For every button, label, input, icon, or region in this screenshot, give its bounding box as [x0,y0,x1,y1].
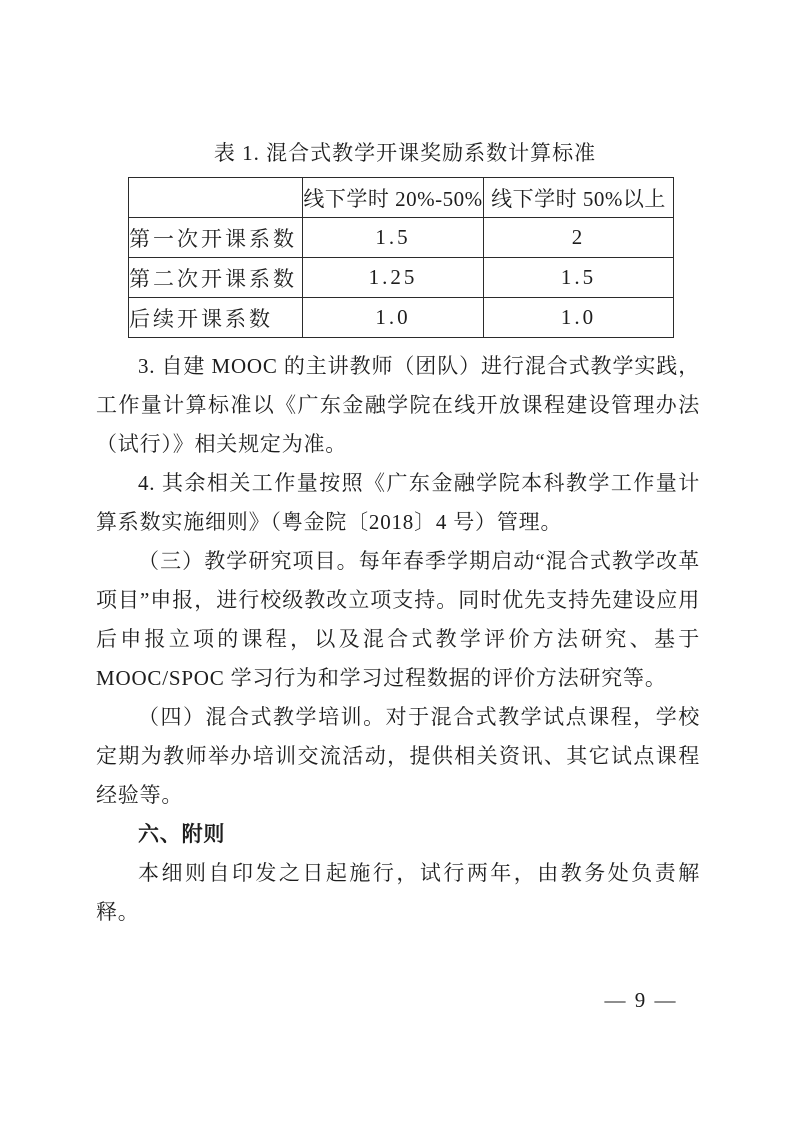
table-row: 第一次开课系数 1.5 2 [129,218,674,258]
table-row: 第二次开课系数 1.25 1.5 [129,258,674,298]
row-label-first-offering: 第一次开课系数 [129,218,303,258]
paragraph-section-3: （三）教学研究项目。每年春季学期启动“混合式教学改革项目”申报，进行校级教改立项… [96,542,700,698]
document-page: 表 1. 混合式教学开课奖励系数计算标准 线下学时 20%-50% 线下学时 5… [0,0,794,1123]
table-header-offline-50-plus: 线下学时 50%以上 [484,178,674,218]
row-label-second-offering: 第二次开课系数 [129,258,303,298]
body-text: 3. 自建 MOOC 的主讲教师（团队）进行混合式教学实践，工作量计算标准以《广… [96,347,700,932]
cell-value: 2 [484,218,674,258]
reward-coefficient-table: 线下学时 20%-50% 线下学时 50%以上 第一次开课系数 1.5 2 第二… [128,177,674,338]
cell-value: 1.0 [484,298,674,338]
cell-value: 1.5 [303,218,484,258]
table-header-row: 线下学时 20%-50% 线下学时 50%以上 [129,178,674,218]
table-title: 表 1. 混合式教学开课奖励系数计算标准 [119,140,678,167]
section-heading-appendix: 六、附则 [96,815,700,854]
table-header-empty [129,178,303,218]
paragraph-item-3: 3. 自建 MOOC 的主讲教师（团队）进行混合式教学实践，工作量计算标准以《广… [96,347,700,464]
table-header-offline-20-50: 线下学时 20%-50% [303,178,484,218]
paragraph-item-4: 4. 其余相关工作量按照《广东金融学院本科教学工作量计算系数实施细则》（粤金院〔… [96,464,700,542]
table-row: 后续开课系数 1.0 1.0 [129,298,674,338]
cell-value: 1.25 [303,258,484,298]
row-label-subsequent-offering: 后续开课系数 [129,298,303,338]
paragraph-section-4: （四）混合式教学培训。对于混合式教学试点课程，学校定期为教师举办培训交流活动，提… [96,698,700,815]
page-number: — 9 — [596,986,686,1014]
cell-value: 1.0 [303,298,484,338]
paragraph-closing: 本细则自印发之日起施行，试行两年，由教务处负责解释。 [96,854,700,932]
cell-value: 1.5 [484,258,674,298]
